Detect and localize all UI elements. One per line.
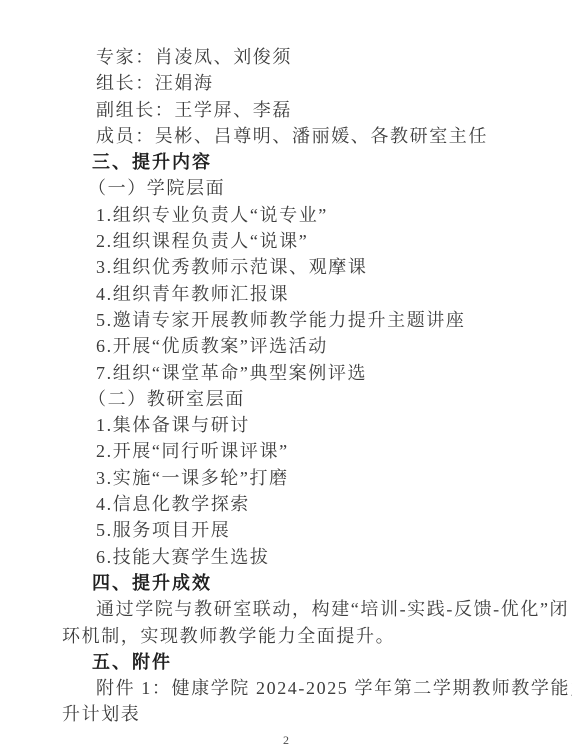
text-line: 1.集体备课与研讨 (62, 412, 514, 438)
text-line: 成员：吴彬、吕尊明、潘丽媛、各教研室主任 (62, 123, 514, 149)
text-line: 4.组织青年教师汇报课 (62, 281, 514, 307)
text-line: 五、附件 (62, 649, 514, 675)
text-line: 三、提升内容 (62, 149, 514, 175)
text-line: 环机制，实现教师教学能力全面提升。 (62, 623, 514, 649)
text-line: 4.信息化教学探索 (62, 491, 514, 517)
text-line: 通过学院与教研室联动，构建“培训-实践-反馈-优化”闭 (62, 596, 514, 622)
text-line: 四、提升成效 (62, 570, 514, 596)
text-line: （二）教研室层面 (62, 386, 514, 412)
page-number: 2 (0, 733, 572, 748)
document-page: 专家：肖凌凤、刘俊须组长：汪娟海副组长：王学屏、李磊成员：吴彬、吕尊明、潘丽媛、… (0, 0, 572, 753)
document-body: 专家：肖凌凤、刘俊须组长：汪娟海副组长：王学屏、李磊成员：吴彬、吕尊明、潘丽媛、… (62, 44, 514, 728)
text-line: 5.服务项目开展 (62, 517, 514, 543)
text-line: 组长：汪娟海 (62, 70, 514, 96)
text-line: 2.组织课程负责人“说课” (62, 228, 514, 254)
text-line: 6.开展“优质教案”评选活动 (62, 333, 514, 359)
text-line: 3.组织优秀教师示范课、观摩课 (62, 254, 514, 280)
text-line: 7.组织“课堂革命”典型案例评选 (62, 360, 514, 386)
text-line: 副组长：王学屏、李磊 (62, 97, 514, 123)
text-line: 5.邀请专家开展教师教学能力提升主题讲座 (62, 307, 514, 333)
text-line: 升计划表 (62, 701, 514, 727)
text-line: 3.实施“一课多轮”打磨 (62, 465, 514, 491)
text-line: 1.组织专业负责人“说专业” (62, 202, 514, 228)
text-line: 专家：肖凌凤、刘俊须 (62, 44, 514, 70)
text-line: 6.技能大赛学生选拔 (62, 544, 514, 570)
text-line: 2.开展“同行听课评课” (62, 438, 514, 464)
text-line: （一）学院层面 (62, 175, 514, 201)
text-line: 附件 1：健康学院 2024-2025 学年第二学期教师教学能力提 (62, 675, 514, 701)
